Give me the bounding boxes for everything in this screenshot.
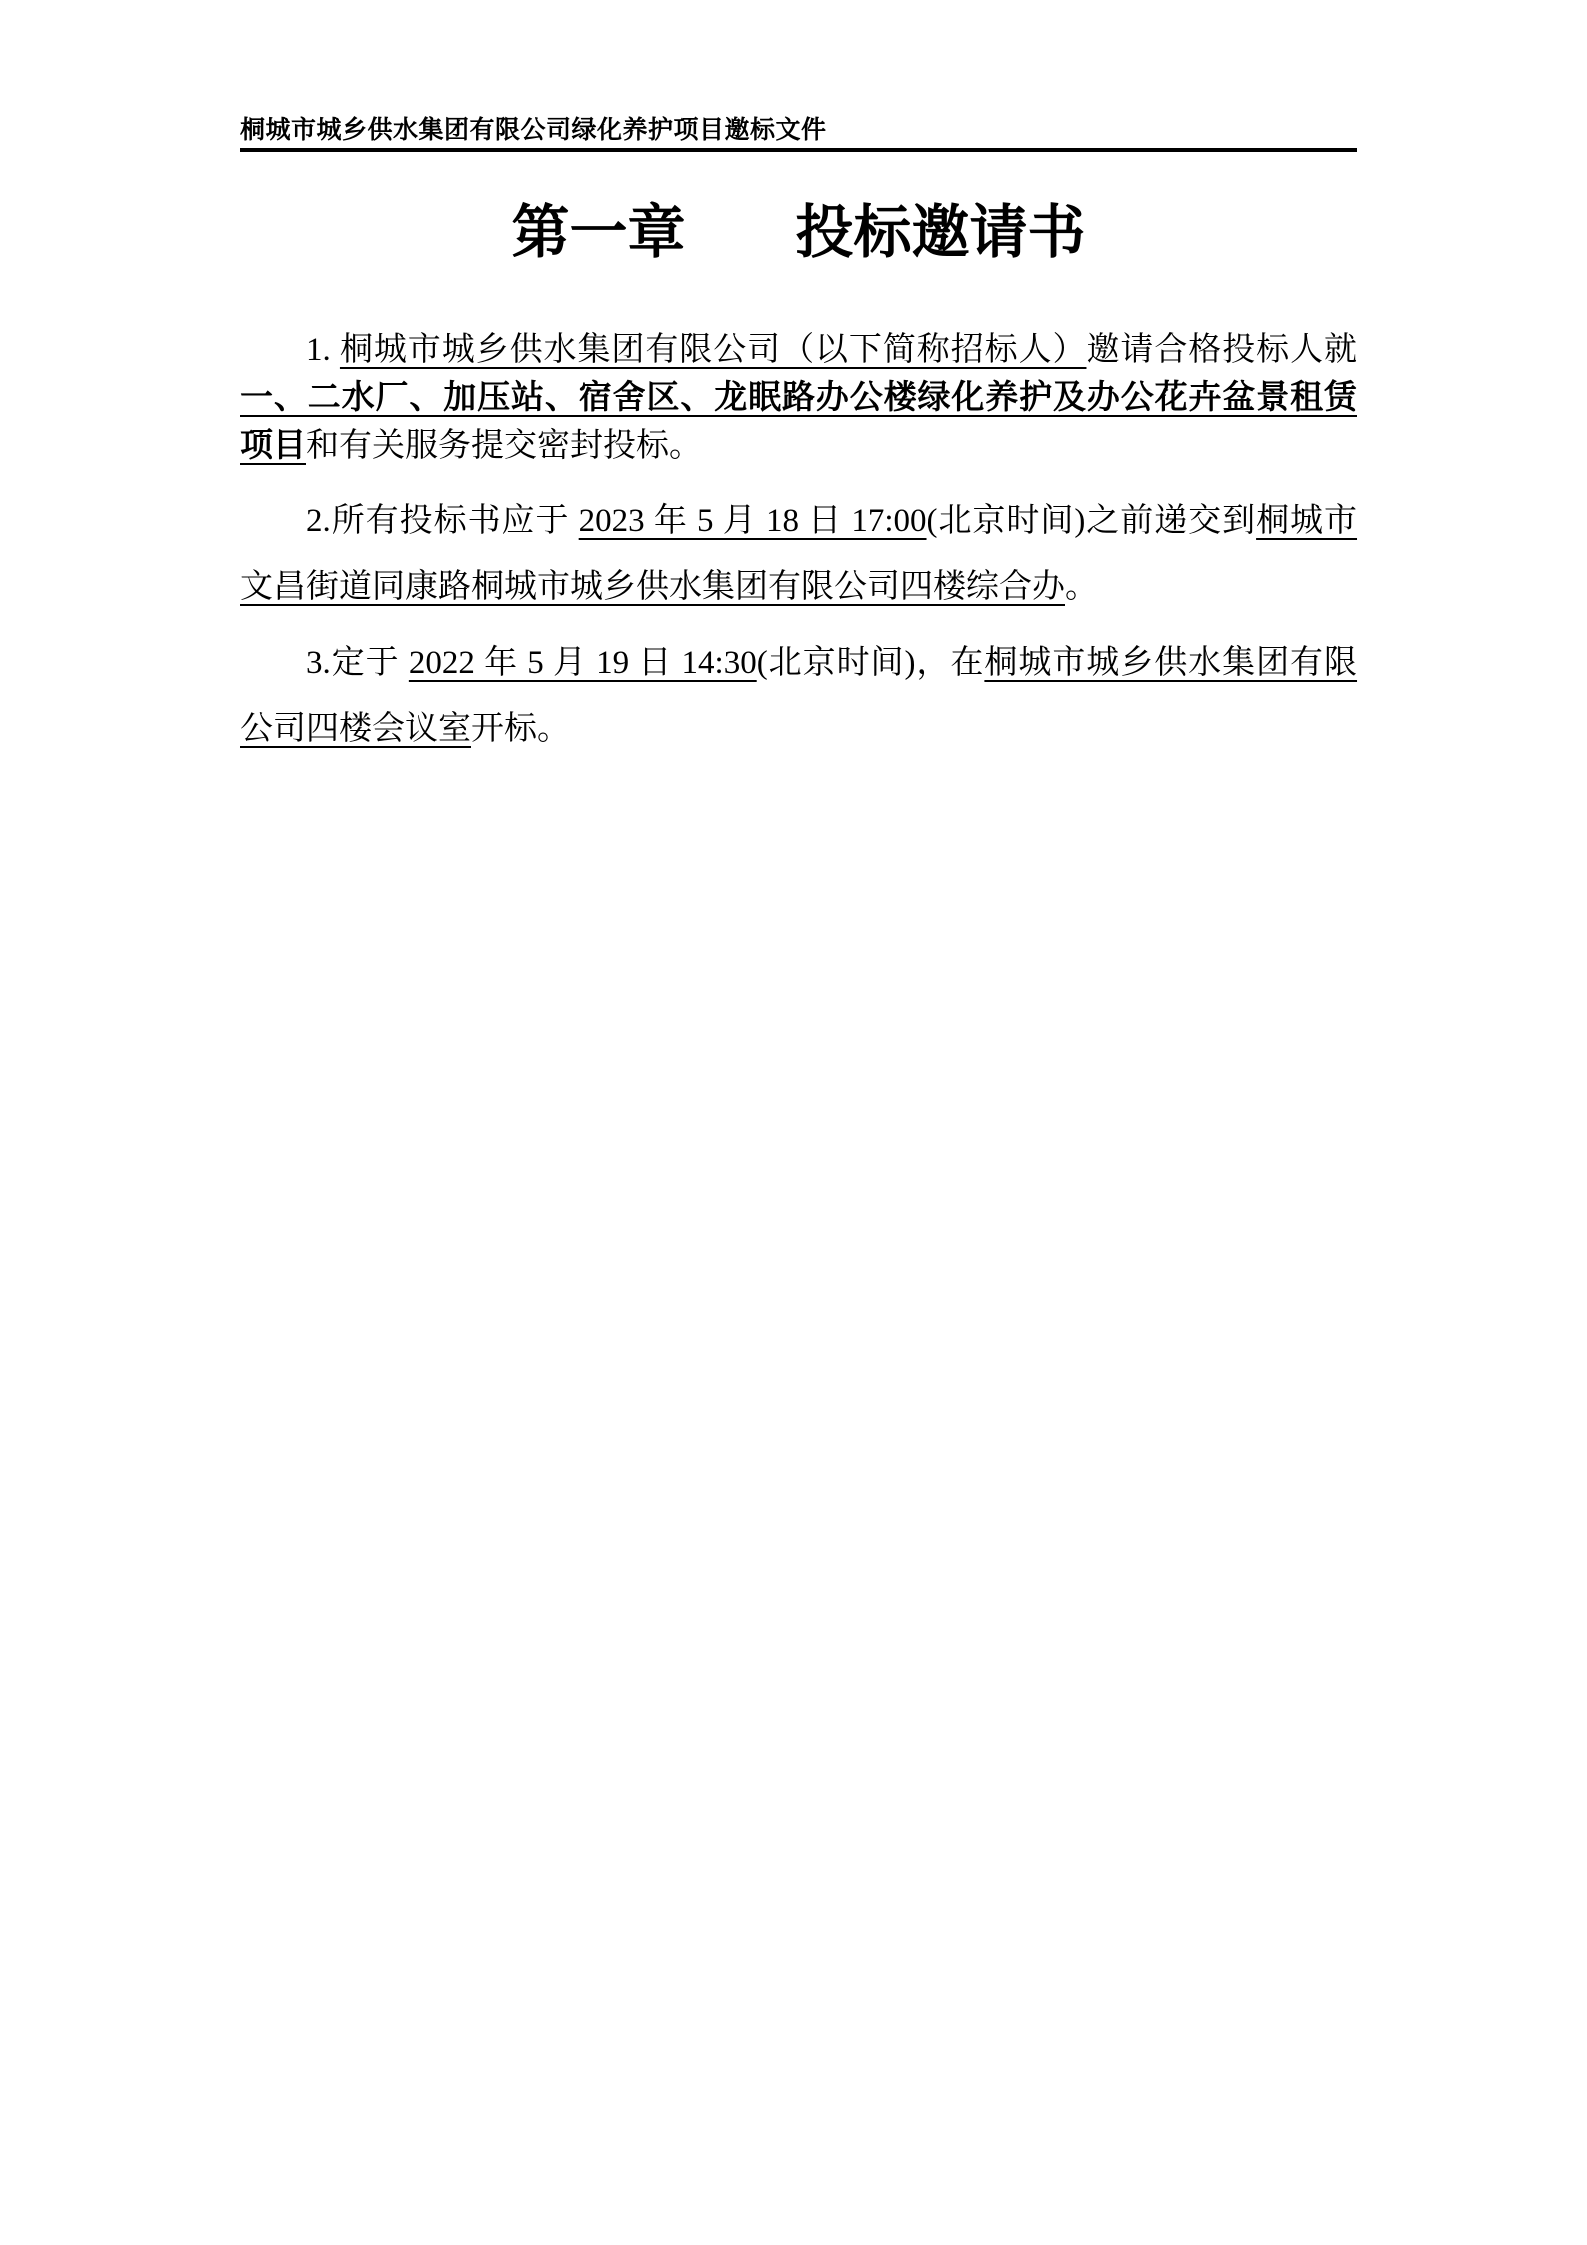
paragraph-bid-opening: 3.定于 2022 年 5 月 19 日 14:30(北京时间)，在桐城市城乡供… (240, 630, 1357, 762)
document-header: 桐城市城乡供水集团有限公司绿化养护项目邀标文件 (240, 0, 1357, 152)
text-segment: (北京时间)之前递交到 (927, 503, 1257, 539)
page-title: 第一章投标邀请书 (240, 196, 1357, 268)
text-segment: 2023 年 5 月 18 日 17:00 (579, 503, 927, 539)
text-segment: 3.定于 (306, 645, 409, 681)
text-segment: 2.所有投标书应于 (306, 503, 579, 539)
text-segment: (北京时间)，在 (757, 645, 985, 681)
text-segment: 邀请合格投标人就 (1086, 332, 1357, 368)
page-title-name: 投标邀请书 (796, 198, 1086, 266)
paragraph-invitation: 1. 桐城市城乡供水集团有限公司（以下简称招标人）邀请合格投标人就一、二水厂、加… (240, 326, 1357, 470)
text-segment: 桐城市城乡供水集团有限公司（以下简称招标人） (340, 332, 1087, 368)
document-page: 桐城市城乡供水集团有限公司绿化养护项目邀标文件 第一章投标邀请书 1. 桐城市城… (0, 0, 1587, 2245)
text-segment: 2022 年 5 月 19 日 14:30 (409, 645, 757, 681)
text-segment: 和有关服务提交密封投标。 (306, 428, 702, 464)
text-segment: 开标。 (471, 711, 570, 747)
paragraph-submission-deadline: 2.所有投标书应于 2023 年 5 月 18 日 17:00(北京时间)之前递… (240, 488, 1357, 620)
page-title-chapter: 第一章 (511, 198, 685, 266)
document-header-text: 桐城市城乡供水集团有限公司绿化养护项目邀标文件 (240, 117, 827, 144)
text-segment: 。 (1065, 569, 1098, 605)
text-segment: 1. (306, 332, 340, 368)
